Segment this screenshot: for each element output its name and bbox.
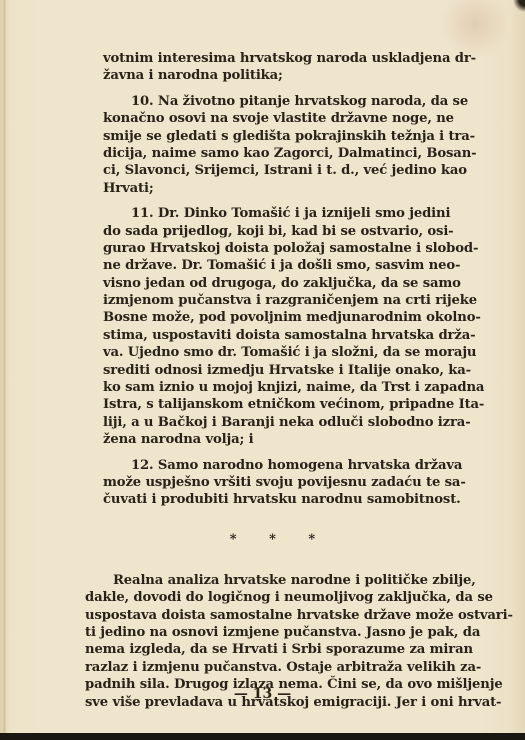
text-line: žena narodna volja; i	[103, 431, 442, 448]
text-line: do sada prijedlog, koji bi, kad bi se os…	[103, 223, 442, 240]
binding-edge	[3, 0, 6, 733]
text-line: dicija, naime samo kao Zagorci, Dalmatin…	[103, 145, 442, 162]
page-number: — 13 —	[0, 686, 525, 702]
text-line: uspostava doista samostalne hrvatske drž…	[85, 607, 442, 624]
text-line: visno jedan od drugoga, do zaključka, da…	[103, 275, 442, 292]
text-line: srediti odnosi izmedju Hrvatske i Italij…	[103, 362, 442, 379]
text-line: može uspješno vršiti svoju povijesnu zad…	[103, 474, 442, 491]
text-line: 10. Na životno pitanje hrvatskog naroda,…	[103, 93, 442, 110]
text-line: smije se gledati s gledišta pokrajinskih…	[103, 128, 442, 145]
paragraph-9-continuation: votnim interesima hrvatskog naroda uskla…	[103, 50, 442, 85]
text-line: ne države. Dr. Tomašić i ja došli smo, s…	[103, 257, 442, 274]
section-separator: * * *	[103, 531, 442, 548]
text-line: Bosne može, pod povoljnim medjunarodnim …	[103, 309, 442, 326]
paragraph-11: 11. Dr. Dinko Tomašić i ja iznijeli smo …	[103, 205, 442, 448]
text-line: konačno osovi na svoje vlastite državne …	[103, 110, 442, 127]
text-line: dakle, dovodi do logičnog i neumoljivog …	[85, 589, 442, 606]
text-line: žavna i narodna politika;	[103, 67, 442, 84]
scan-border	[0, 733, 525, 740]
text-line: ci, Slavonci, Srijemci, Istrani i t. d.,…	[103, 162, 442, 179]
text-line: razlaz i izmjenu pučanstva. Ostaje arbit…	[85, 659, 442, 676]
text-line: čuvati i produbiti hrvatsku narodnu samo…	[103, 491, 442, 508]
paragraph-10: 10. Na životno pitanje hrvatskog naroda,…	[103, 93, 442, 197]
text-line: 11. Dr. Dinko Tomašić i ja iznijeli smo …	[103, 205, 442, 222]
text-line: ti jedino na osnovi izmjene pučanstva. J…	[85, 624, 442, 641]
text-line: Hrvati;	[103, 180, 442, 197]
text-line: ko sam iznio u mojoj knjizi, naime, da T…	[103, 379, 442, 396]
text-line: izmjenom pučanstva i razgraničenjem na c…	[103, 292, 442, 309]
text-line: 12. Samo narodno homogena hrvatska držav…	[103, 457, 442, 474]
text-line: Realna analiza hrvatske narodne i politi…	[85, 572, 442, 589]
page-corner-shadow	[511, 0, 525, 14]
text-line: votnim interesima hrvatskog naroda uskla…	[103, 50, 442, 67]
paragraph-12: 12. Samo narodno homogena hrvatska držav…	[103, 457, 442, 509]
page-text: votnim interesima hrvatskog naroda uskla…	[103, 50, 442, 711]
text-line: liji, a u Bačkoj i Baranji neka odluči s…	[103, 414, 442, 431]
text-line: gurao Hrvatskoj doista položaj samostaln…	[103, 240, 442, 257]
text-line: va. Ujedno smo dr. Tomašić i ja složni, …	[103, 344, 442, 361]
book-page: votnim interesima hrvatskog naroda uskla…	[0, 0, 525, 733]
text-line: stima, uspostaviti doista samostalna hrv…	[103, 327, 442, 344]
text-line: nema izgleda, da se Hrvati i Srbi sporaz…	[85, 641, 442, 658]
text-line: Istra, s talijanskom etničkom većinom, p…	[103, 396, 442, 413]
